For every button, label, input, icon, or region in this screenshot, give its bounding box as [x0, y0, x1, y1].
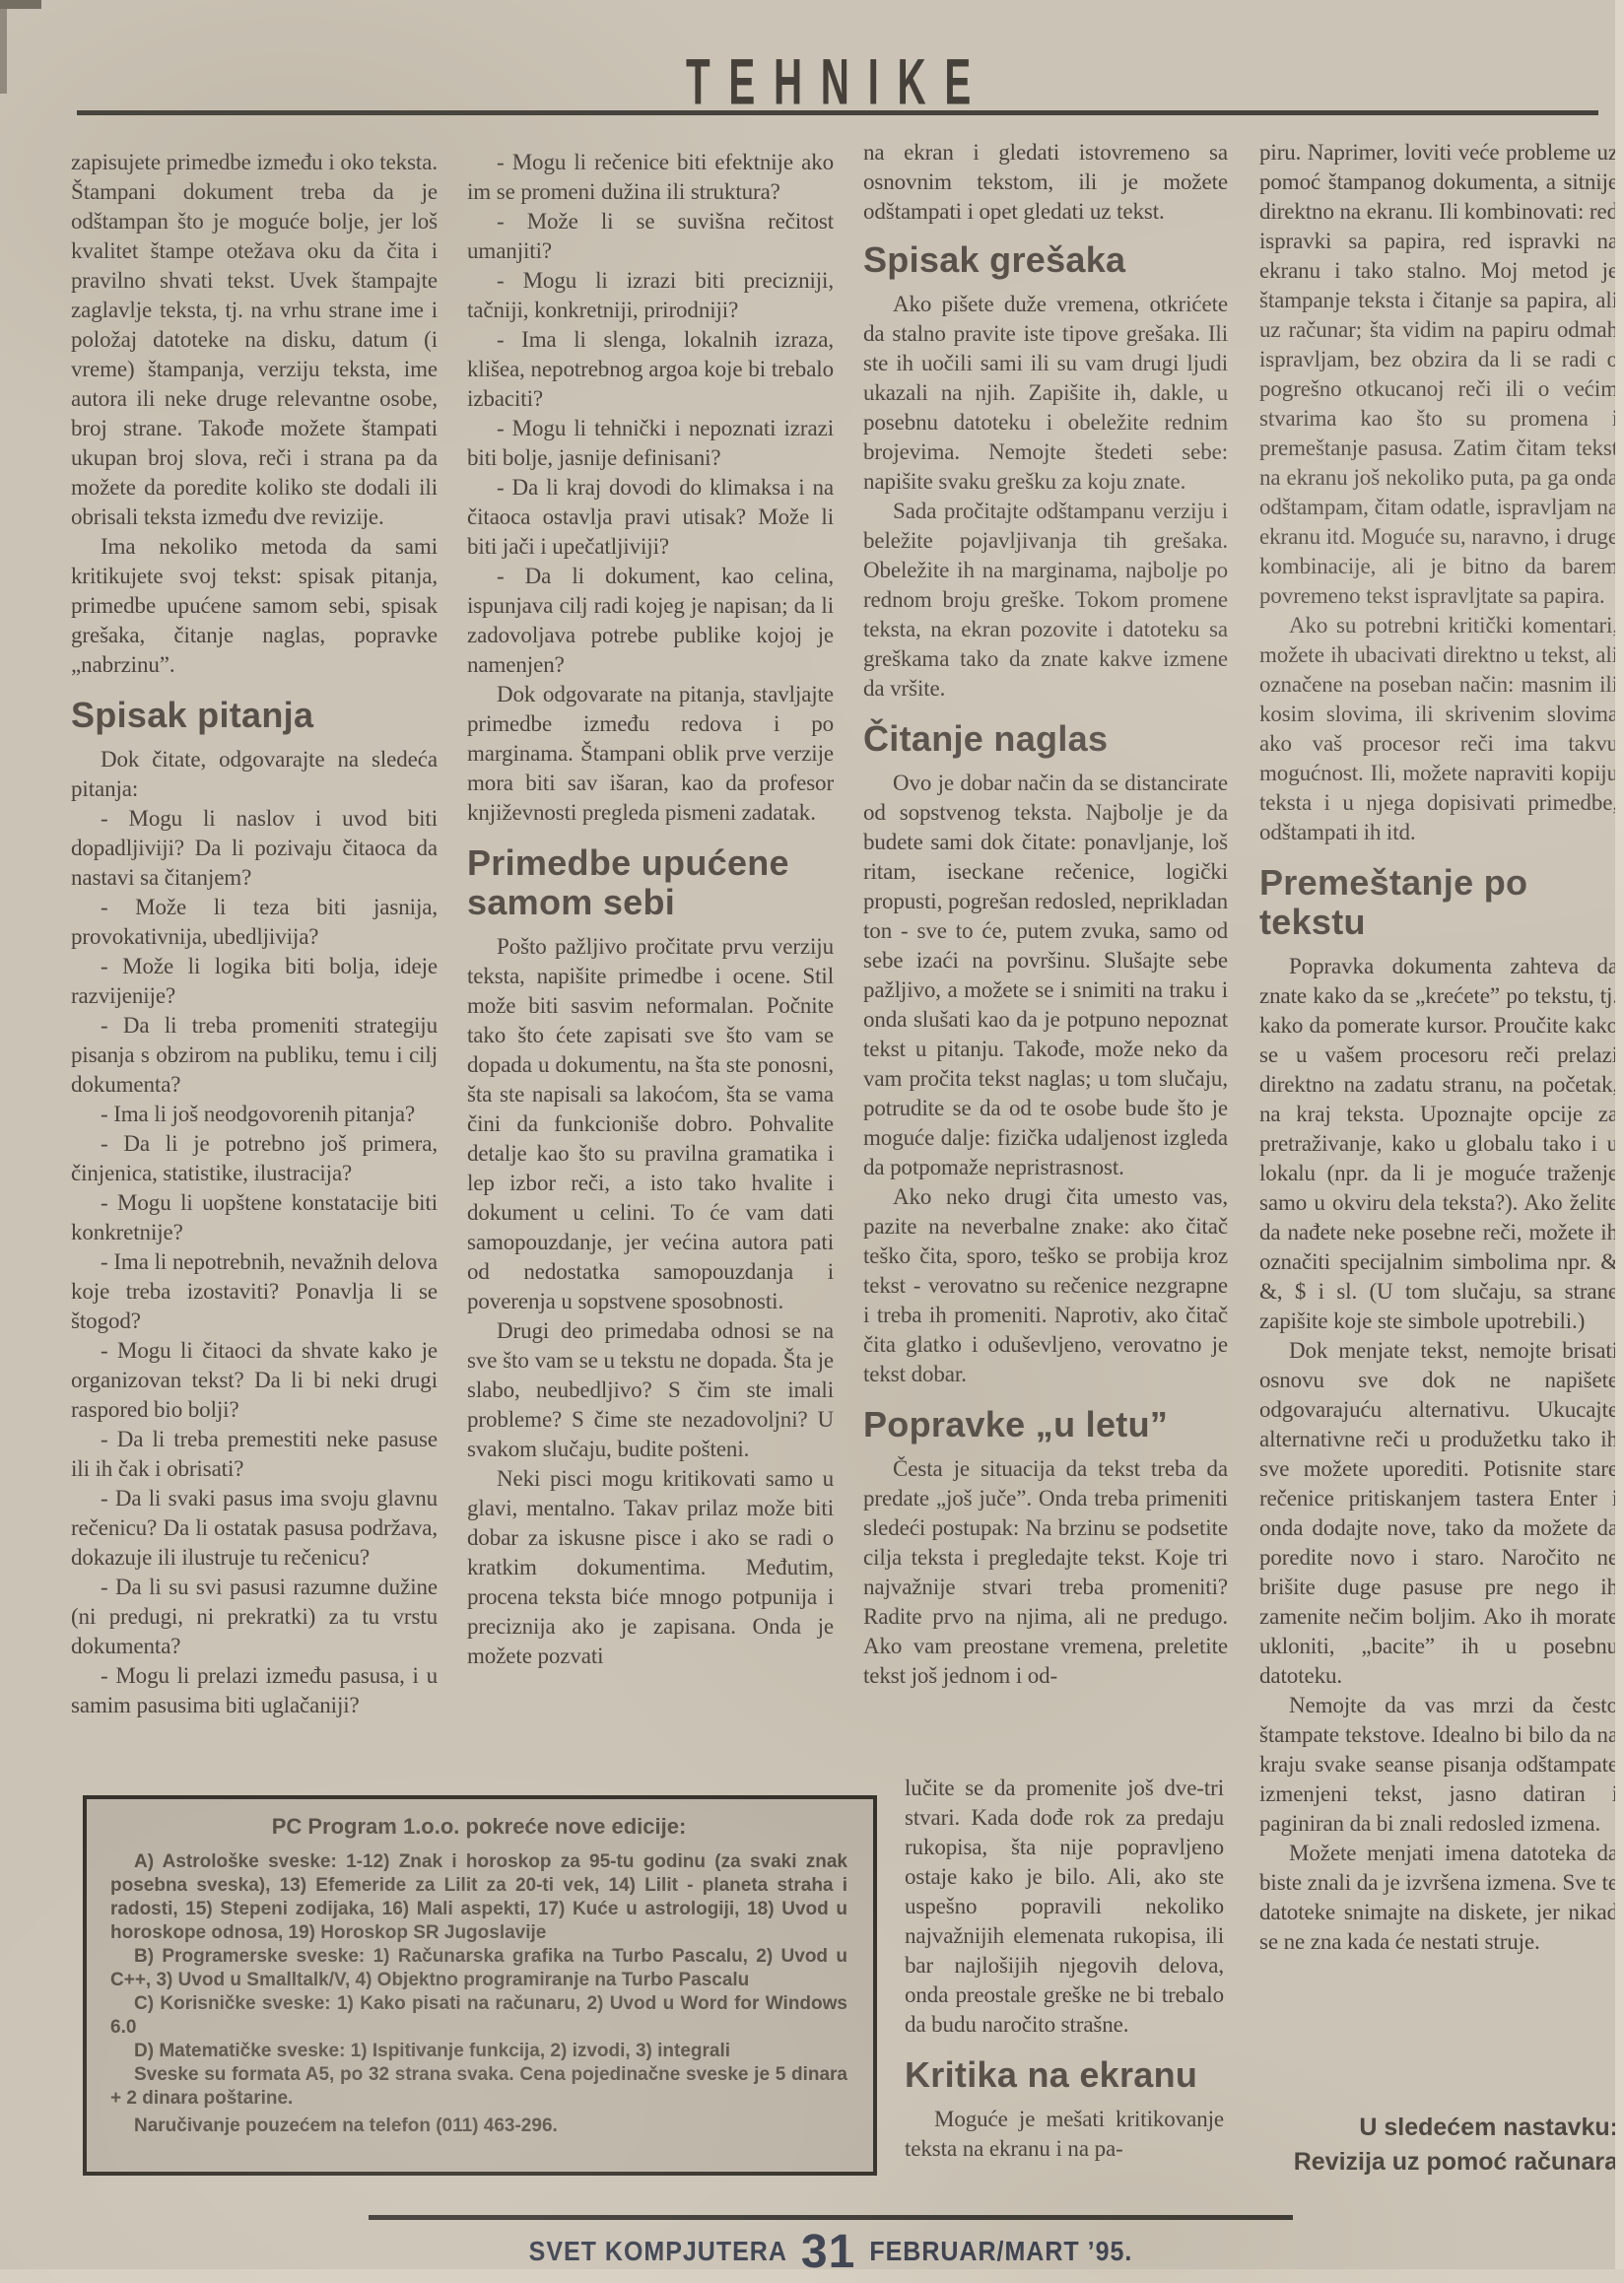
question-item: - Da li je potrebno još primera, činjeni…: [71, 1129, 438, 1188]
next-issue-note: U sledećem nastavku: Revizija uz pomoć r…: [1259, 2111, 1618, 2180]
article-paragraph: zapisujete primedbe između i oko teksta.…: [71, 148, 438, 532]
next-issue-label: U sledećem nastavku:: [1259, 2111, 1618, 2145]
column-1: zapisujete primedbe između i oko teksta.…: [71, 148, 438, 1785]
ad-order-line: Naručivanje pouzećem na telefon (011) 46…: [110, 2115, 847, 2138]
section-heading-spisak-gresaka: Spisak grešaka: [863, 240, 1228, 280]
scan-smudge: [0, 9, 7, 94]
article-paragraph: Možete menjati imena datoteka da biste z…: [1259, 1839, 1618, 1957]
section-heading-kritika-na-ekranu: Kritika na ekranu: [905, 2055, 1224, 2095]
ad-price-line: Sveske su formata A5, po 32 strana svaka…: [110, 2063, 847, 2111]
article-paragraph: lučite se da promenite još dve-tri stvar…: [905, 1774, 1224, 2040]
ad-line: B) Programerske sveske: 1) Računarska gr…: [110, 1945, 847, 1992]
magazine-page: TEHNIKE zapisujete primedbe između i oko…: [0, 0, 1624, 2283]
article-paragraph: Pošto pažljivo pročitate prvu verziju te…: [467, 932, 834, 1316]
question-item: - Može li teza biti jasnija, provokativn…: [71, 893, 438, 952]
question-item: - Da li su svi pasusi razumne dužine (ni…: [71, 1573, 438, 1661]
article-paragraph: Popravka dokumenta zahteva da znate kako…: [1259, 952, 1618, 1336]
column-3: na ekran i gledati istovremeno sa osnovn…: [863, 138, 1228, 1768]
column-2: - Mogu li rečenice biti efektnije ako im…: [467, 148, 834, 1785]
issue-date: FEBRUAR/MART ’95.: [869, 2237, 1132, 2268]
article-paragraph: Česta je situacija da tekst treba da pre…: [863, 1454, 1228, 1691]
question-item: - Da li treba promeniti strategiju pisan…: [71, 1011, 438, 1100]
question-item: - Da li kraj dovodi do klimaksa i na čit…: [467, 473, 834, 562]
ad-line: C) Korisničke sveske: 1) Kako pisati na …: [110, 1992, 847, 2040]
article-paragraph: na ekran i gledati istovremeno sa osnovn…: [863, 138, 1228, 227]
article-paragraph: Ima nekoliko metoda da sami kritikujete …: [71, 532, 438, 680]
question-item: - Mogu li izrazi biti precizniji, tačnij…: [467, 266, 834, 325]
article-paragraph: Drugi deo primedaba odnosi se na sve što…: [467, 1316, 834, 1464]
scan-smudge: [0, 0, 41, 9]
section-heading-popravke-u-letu: Popravke „u letu”: [863, 1405, 1228, 1444]
article-paragraph: Ovo je dobar način da se distancirate od…: [863, 769, 1228, 1182]
ad-line: D) Matematičke sveske: 1) Ispitivanje fu…: [110, 2040, 847, 2063]
article-paragraph: Ako su potrebni kritički komentari, može…: [1259, 611, 1618, 847]
question-item: - Da li dokument, kao celina, ispunjava …: [467, 562, 834, 680]
question-item: - Može li se suvišna rečitost umanjiti?: [467, 207, 834, 266]
header-rule: [77, 110, 1598, 115]
question-item: - Mogu li čitaoci da shvate kako je orga…: [71, 1336, 438, 1425]
section-heading-primedbe-upucene-samom-sebi: Primedbe upućene samom sebi: [467, 843, 834, 922]
scan-edge: [0, 2269, 1624, 2283]
section-heading-spisak-pitanja: Spisak pitanja: [71, 696, 438, 735]
magazine-name: SVET KOMPJUTERA: [529, 2237, 787, 2268]
scan-edge: [1615, 0, 1624, 2283]
article-paragraph: Ako neko drugi čita umesto vas, pazite n…: [863, 1182, 1228, 1389]
article-paragraph: Moguće je mešati kritikovanje teksta na …: [905, 2105, 1224, 2164]
article-paragraph: Nemojte da vas mrzi da često štampate te…: [1259, 1691, 1618, 1839]
question-item: - Ima li još neodgovorenih pitanja?: [71, 1100, 438, 1129]
article-paragraph: Dok menjate tekst, nemojte brisati osnov…: [1259, 1336, 1618, 1691]
article-paragraph: Dok čitate, odgovarajte na sledeća pitan…: [71, 745, 438, 804]
ad-title: PC Program 1.o.o. pokreće nove edicije:: [110, 1815, 847, 1839]
page-title: TEHNIKE: [277, 43, 1398, 119]
question-item: - Ima li slenga, lokalnih izraza, klišea…: [467, 325, 834, 414]
column-4: piru. Naprimer, loviti veće probleme uz …: [1259, 138, 1618, 2094]
article-paragraph: Sada pročitajte odštampanu verziju i bel…: [863, 497, 1228, 704]
question-item: - Mogu li prelazi između pasusa, i u sam…: [71, 1661, 438, 1720]
question-item: - Mogu li naslov i uvod biti dopadljivij…: [71, 804, 438, 893]
next-issue-topic: Revizija uz pomoć računara: [1259, 2145, 1618, 2180]
article-paragraph: piru. Naprimer, loviti veće probleme uz …: [1259, 138, 1618, 611]
column-3-narrow: lučite se da promenite još dve-tri stvar…: [905, 1774, 1224, 2237]
ad-line: A) Astrološke sveske: 1-12) Znak i horos…: [110, 1850, 847, 1945]
question-item: - Da li treba premestiti neke pasuse ili…: [71, 1425, 438, 1484]
section-heading-citanje-naglas: Čitanje naglas: [863, 719, 1228, 759]
section-heading-premestanje-po-tekstu: Premeštanje po tekstu: [1259, 863, 1618, 942]
question-item: - Mogu li tehnički i nepoznati izrazi bi…: [467, 414, 834, 473]
question-item: - Ima li nepotrebnih, nevažnih delova ko…: [71, 1247, 438, 1336]
footer-rule: [369, 2215, 1293, 2220]
article-paragraph: Ako pišete duže vremena, otkrićete da st…: [863, 290, 1228, 497]
article-paragraph: Dok odgovarate na pitanja, stavljajte pr…: [467, 680, 834, 828]
question-item: - Da li svaki pasus ima svoju glavnu reč…: [71, 1484, 438, 1573]
article-paragraph: Neki pisci mogu kritikovati samo u glavi…: [467, 1464, 834, 1671]
question-item: - Mogu li rečenice biti efektnije ako im…: [467, 148, 834, 207]
question-item: - Mogu li uopštene konstatacije biti kon…: [71, 1188, 438, 1247]
ad-box: PC Program 1.o.o. pokreće nove edicije: …: [83, 1795, 877, 2176]
question-item: - Može li logika biti bolja, ideje razvi…: [71, 952, 438, 1011]
